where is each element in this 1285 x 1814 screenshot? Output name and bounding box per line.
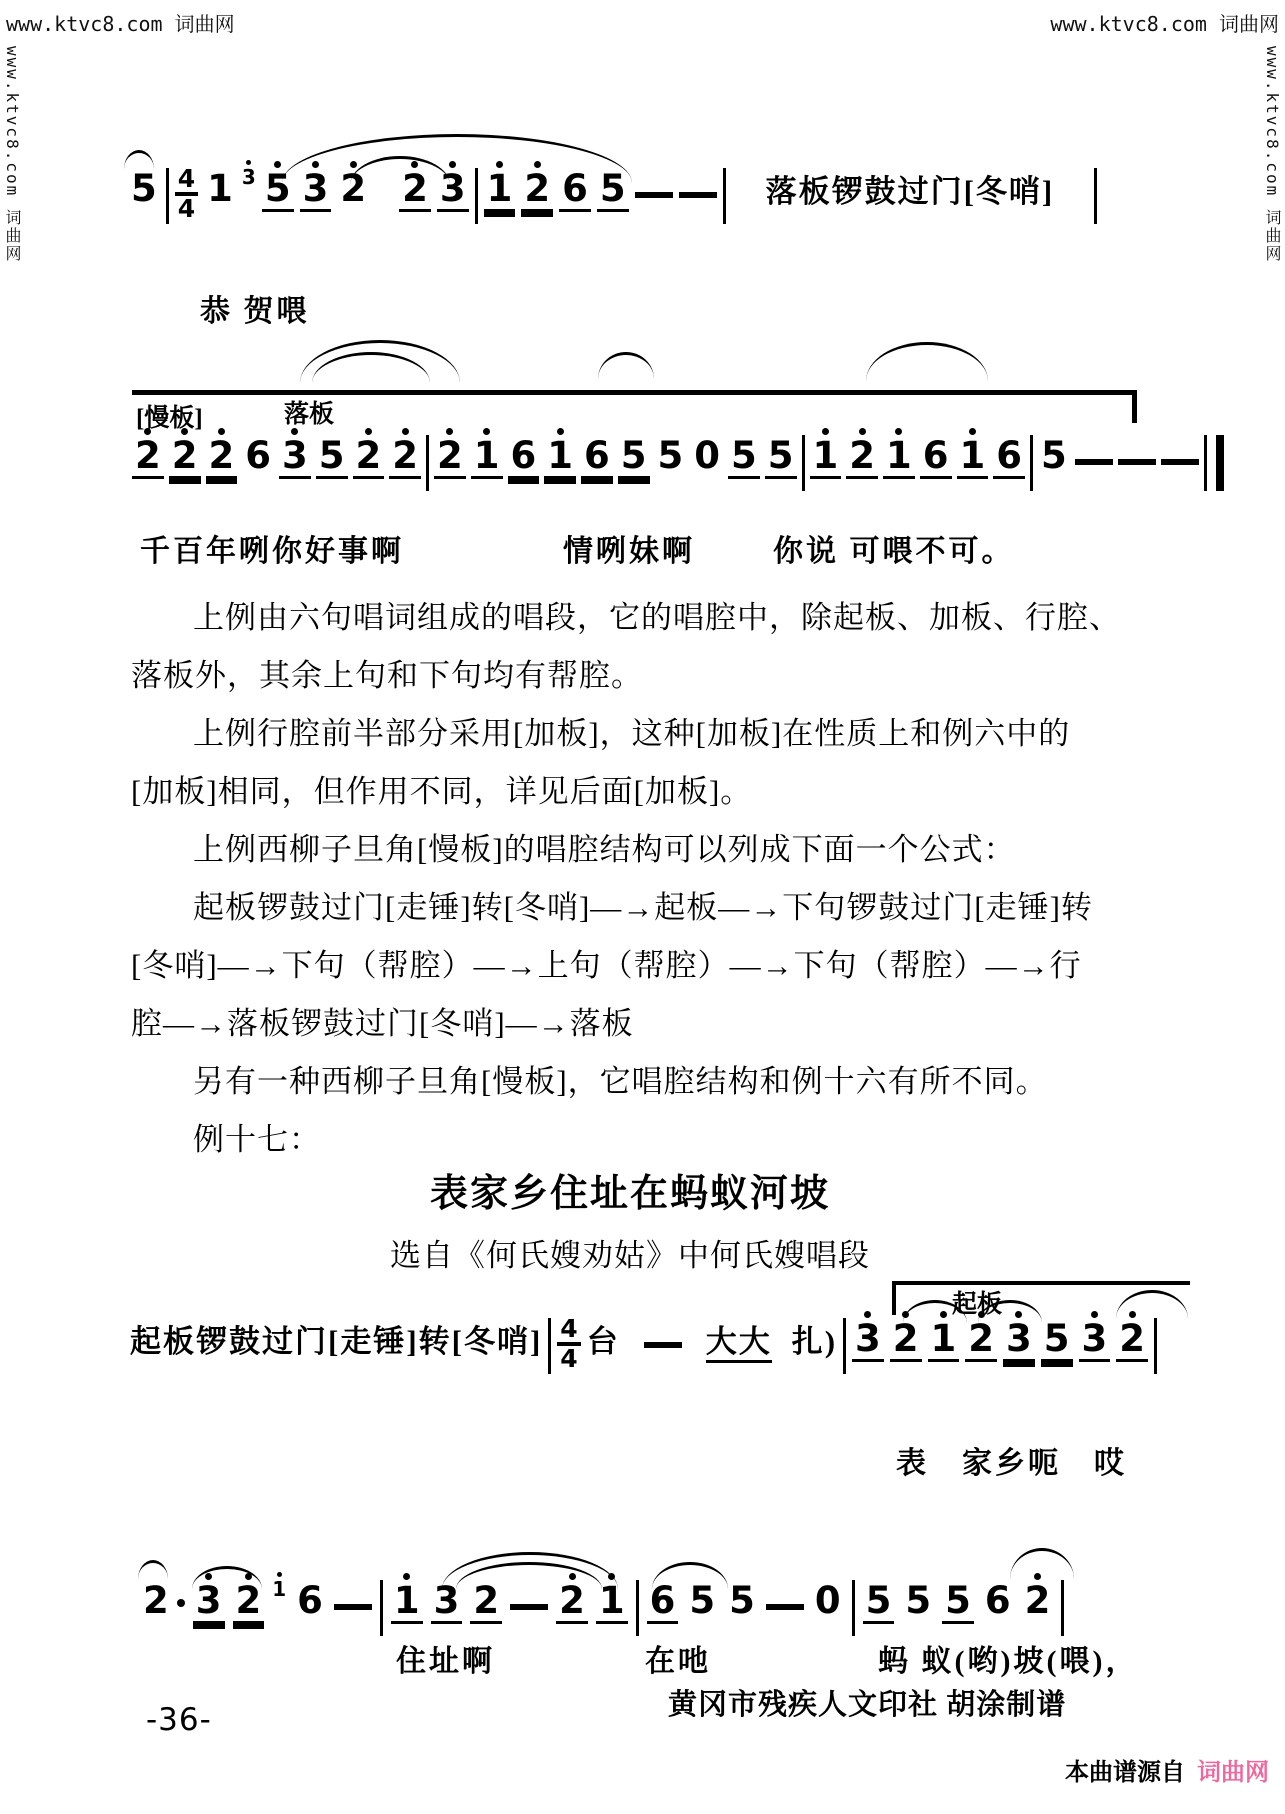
duration-dash bbox=[1118, 459, 1156, 465]
note: 6 bbox=[982, 1570, 1014, 1621]
note-body: 6 bbox=[294, 1582, 326, 1621]
duration-dash bbox=[644, 1342, 682, 1348]
text-line: 另有一种西柳子旦角[慢板]，它唱腔结构和例十六有所不同。 bbox=[131, 1049, 1171, 1107]
note-number: 3 bbox=[852, 1320, 884, 1359]
augmentation-dot bbox=[177, 1599, 185, 1607]
phrase-line bbox=[132, 390, 1137, 423]
note-number: 6 bbox=[294, 1582, 326, 1621]
note-body: 6 bbox=[982, 1582, 1014, 1621]
barline bbox=[426, 435, 429, 491]
score-text: 起板锣鼓过门[走锤]转[冬哨] bbox=[130, 1326, 542, 1357]
duration-dash bbox=[766, 1604, 804, 1610]
note: 5 bbox=[1038, 425, 1070, 476]
note-number: 5 bbox=[618, 437, 650, 476]
note: 5 bbox=[902, 1570, 934, 1621]
note-number: 1 bbox=[204, 170, 236, 209]
note-body: 3 bbox=[279, 437, 311, 476]
note-body: 6 bbox=[920, 437, 952, 476]
note-number: 0 bbox=[812, 1582, 844, 1621]
note-number: 5 bbox=[655, 437, 687, 476]
note-number: 6 bbox=[508, 437, 540, 476]
text-line: 上例西柳子旦角[慢板]的唱腔结构可以列成下面一个公式： bbox=[131, 817, 1171, 875]
watermark-left-edge: www.ktvc8.com 词曲网 bbox=[1, 46, 24, 263]
note-body: 2 bbox=[434, 437, 466, 476]
note-body: 1 bbox=[471, 437, 503, 476]
note-body: 5 bbox=[1041, 1320, 1073, 1359]
note-body: 1 bbox=[928, 1320, 960, 1359]
note-body: 2 bbox=[169, 437, 201, 476]
note-body: 3 bbox=[852, 1320, 884, 1359]
spacer bbox=[626, 1308, 638, 1309]
body-text: 上例由六句唱词组成的唱段，它的唱腔中，除起板、加板、行腔、落板外，其余上句和下句… bbox=[131, 585, 1171, 1165]
barline bbox=[166, 168, 169, 224]
note: 1 bbox=[471, 425, 503, 476]
time-signature: 44 bbox=[175, 166, 198, 223]
note: 1 bbox=[957, 425, 989, 476]
footer-source-prefix: 本曲谱源自 bbox=[1065, 1760, 1185, 1786]
note-number: 5 bbox=[1041, 1320, 1073, 1359]
note-number: 5 bbox=[1038, 437, 1070, 476]
note-body: 2 bbox=[389, 437, 421, 476]
note-body: 2 bbox=[140, 1582, 185, 1621]
barline bbox=[380, 1580, 383, 1636]
text-line: [冬哨]—→下句（帮腔）—→上句（帮腔）—→下句（帮腔）—→行 bbox=[131, 933, 1171, 991]
lyric-line-4c: 蚂 蚁(哟)坡(喂)， bbox=[878, 1636, 1138, 1680]
note-number: 2 bbox=[965, 1320, 997, 1359]
text-line: 上例由六句唱词组成的唱段，它的唱腔中，除起板、加板、行腔、 bbox=[131, 585, 1171, 643]
note-number: 3 bbox=[1079, 1320, 1111, 1359]
barline bbox=[802, 435, 805, 491]
time-signature-numerator: 4 bbox=[175, 166, 198, 196]
score-text-underlined: 大大 bbox=[706, 1326, 772, 1363]
grace-note-number: 1 bbox=[272, 1579, 286, 1599]
note: 2 bbox=[389, 425, 421, 476]
note-body: 2 bbox=[846, 437, 878, 476]
slur-arc bbox=[124, 150, 154, 169]
duration-dash bbox=[334, 1604, 372, 1610]
note: 1 bbox=[544, 425, 576, 476]
note-body: 3 bbox=[1079, 1320, 1111, 1359]
lyric-line-4b: 在吔 bbox=[645, 1636, 711, 1680]
text-line: [加板]相同，但作用不同，详见后面[加板]。 bbox=[131, 759, 1171, 817]
note-number: 2 bbox=[169, 437, 201, 476]
note-body: 6 bbox=[242, 437, 274, 476]
spacer bbox=[1060, 158, 1088, 159]
note-body: 2 bbox=[965, 1320, 997, 1359]
note-number: 5 bbox=[942, 1582, 974, 1621]
footer-brand-link[interactable]: 词曲网 bbox=[1197, 1760, 1269, 1786]
note: 3 bbox=[852, 1308, 884, 1359]
note-body: 2 bbox=[1116, 1320, 1148, 1359]
slur-arc bbox=[1010, 1548, 1074, 1579]
spacer bbox=[778, 1308, 786, 1309]
note-number: 6 bbox=[581, 437, 613, 476]
note-number: 5 bbox=[316, 437, 348, 476]
note-number: 1 bbox=[883, 437, 915, 476]
time-signature-denominator: 4 bbox=[175, 196, 198, 222]
note: 2 bbox=[434, 425, 466, 476]
barline bbox=[1030, 435, 1033, 491]
note-body: 0 bbox=[812, 1582, 844, 1621]
duration-dash bbox=[635, 192, 673, 198]
note-body: 0 bbox=[691, 437, 723, 476]
note-body: 1 bbox=[957, 437, 989, 476]
note-number: 1 bbox=[471, 437, 503, 476]
note-body: 5 bbox=[863, 1582, 895, 1621]
grace-note-number: 3 bbox=[242, 167, 256, 187]
note: 5 bbox=[316, 425, 348, 476]
note-number: 2 bbox=[206, 437, 238, 476]
note: 6 bbox=[242, 425, 274, 476]
note-number: 5 bbox=[128, 170, 160, 209]
note-body: 5 bbox=[765, 437, 797, 476]
note-number: 2 bbox=[434, 437, 466, 476]
note: 2 bbox=[132, 425, 164, 476]
time-signature-numerator: 4 bbox=[557, 1316, 580, 1346]
note: 6 bbox=[581, 425, 613, 476]
note-number: 2 bbox=[1022, 1582, 1054, 1621]
note-number: 6 bbox=[993, 437, 1025, 476]
note: 5 bbox=[728, 425, 760, 476]
text-line: 落板外，其余上句和下句均有帮腔。 bbox=[131, 643, 1171, 701]
note-body: 5 bbox=[726, 1582, 758, 1621]
note: 3 bbox=[279, 425, 311, 476]
slur-arc bbox=[652, 1562, 728, 1589]
score-text: 台 bbox=[587, 1326, 620, 1357]
text-line: 例十七： bbox=[131, 1107, 1171, 1165]
duration-dash bbox=[1075, 459, 1113, 465]
note: 5 bbox=[618, 425, 650, 476]
watermark-right-edge: www.ktvc8.com 词曲网 bbox=[1261, 46, 1284, 263]
note-body: 1 bbox=[544, 437, 576, 476]
note-body: 1 bbox=[810, 437, 842, 476]
note-body: 5 bbox=[316, 437, 348, 476]
lyric-line-4a: 住址啊 bbox=[396, 1636, 495, 1680]
final-barline bbox=[1204, 435, 1224, 491]
note: 1 bbox=[883, 425, 915, 476]
note-body: 2 bbox=[890, 1320, 922, 1359]
note: 5 bbox=[262, 158, 294, 209]
note-number: 6 bbox=[242, 437, 274, 476]
note: 1 bbox=[391, 1570, 423, 1621]
duration-dash bbox=[1161, 459, 1199, 465]
text-line: 腔—→落板锣鼓过门[冬哨]—→落板 bbox=[131, 991, 1171, 1049]
barline bbox=[852, 1580, 855, 1636]
slur-arc bbox=[282, 134, 632, 183]
spacer bbox=[732, 158, 760, 159]
watermark-top-right: www.ktvc8.com 词曲网 bbox=[1050, 8, 1279, 37]
note-body: 5 bbox=[128, 170, 160, 209]
note-body: 2 bbox=[353, 437, 385, 476]
note: 5 bbox=[765, 425, 797, 476]
watermark-top-left: www.ktvc8.com 词曲网 bbox=[6, 8, 235, 37]
note-number: 2 bbox=[389, 437, 421, 476]
lyric-line-3: 表 家乡呃 哎 bbox=[896, 1438, 1127, 1482]
song-subtitle: 选自《何氏嫂劝姑》中何氏嫂唱段 bbox=[180, 1230, 1080, 1275]
barline bbox=[1061, 1580, 1064, 1636]
note: 2 bbox=[353, 425, 385, 476]
duration-dash bbox=[679, 192, 717, 198]
note-number: 2 bbox=[132, 437, 164, 476]
song-title: 表家乡住址在蚂蚁河坡 bbox=[180, 1162, 1080, 1217]
note-number: 2 bbox=[846, 437, 878, 476]
note-number: 0 bbox=[691, 437, 723, 476]
note-number: 2 bbox=[140, 1582, 172, 1621]
note: 0 bbox=[691, 425, 723, 476]
note: 3 bbox=[1079, 1308, 1111, 1359]
grace-note: 1 bbox=[272, 1570, 286, 1599]
note: 6 bbox=[920, 425, 952, 476]
grace-note: 3 bbox=[242, 158, 256, 187]
note-body: 1 bbox=[204, 170, 236, 209]
note: 5 bbox=[726, 1570, 758, 1621]
note: 5 bbox=[1041, 1308, 1073, 1359]
note-number: 3 bbox=[279, 437, 311, 476]
slur-arc bbox=[866, 342, 988, 381]
note-number: 1 bbox=[810, 437, 842, 476]
barline bbox=[636, 1580, 639, 1636]
barline bbox=[843, 1318, 846, 1374]
slur-arc bbox=[138, 1560, 168, 1579]
note-body: 1 bbox=[883, 437, 915, 476]
time-signature-denominator: 4 bbox=[557, 1346, 580, 1372]
note-body: 2 bbox=[1022, 1582, 1054, 1621]
note-body: 5 bbox=[728, 437, 760, 476]
note: 1 bbox=[810, 425, 842, 476]
note: 2 bbox=[169, 425, 201, 476]
note-number: 5 bbox=[728, 437, 760, 476]
note-body: 5 bbox=[942, 1582, 974, 1621]
note-body: 6 bbox=[581, 437, 613, 476]
slur-arc bbox=[598, 352, 654, 379]
note: 5 bbox=[863, 1570, 895, 1621]
music-system-2: 2226352221616550551216165 bbox=[132, 425, 1224, 491]
text-line: 上例行腔前半部分采用[加板]，这种[加板]在性质上和例六中的 bbox=[131, 701, 1171, 759]
note-number: 5 bbox=[863, 1582, 895, 1621]
note-number: 1 bbox=[391, 1582, 423, 1621]
lyric-line-2b: 情咧妹啊 bbox=[563, 526, 695, 570]
note-body: 3 bbox=[1003, 1320, 1035, 1359]
note: 6 bbox=[993, 425, 1025, 476]
barline bbox=[723, 168, 726, 224]
note: 1 bbox=[204, 158, 236, 209]
duration-dash bbox=[510, 1604, 548, 1610]
barline bbox=[1154, 1318, 1157, 1374]
note-number: 2 bbox=[353, 437, 385, 476]
note-number: 1 bbox=[544, 437, 576, 476]
note: 2 bbox=[206, 425, 238, 476]
note: 5 bbox=[655, 425, 687, 476]
sheet-music-page: www.ktvc8.com 词曲网 www.ktvc8.com 词曲网 www.… bbox=[0, 0, 1285, 1814]
footer-source: 本曲谱源自词曲网 bbox=[1065, 1752, 1269, 1787]
note-number: 6 bbox=[982, 1582, 1014, 1621]
barline bbox=[548, 1318, 551, 1374]
note-number: 3 bbox=[1003, 1320, 1035, 1359]
note-body: 2 bbox=[206, 437, 238, 476]
note-body: 6 bbox=[508, 437, 540, 476]
note-body: 5 bbox=[902, 1582, 934, 1621]
note-body: 5 bbox=[618, 437, 650, 476]
page-number: -36- bbox=[146, 1702, 212, 1738]
note-number: 1 bbox=[928, 1320, 960, 1359]
note-number: 6 bbox=[920, 437, 952, 476]
note-number: 2 bbox=[1116, 1320, 1148, 1359]
text-line: 起板锣鼓过门[走锤]转[冬哨]—→起板—→下句锣鼓过门[走锤]转 bbox=[131, 875, 1171, 933]
note-number: 5 bbox=[902, 1582, 934, 1621]
note-number: 1 bbox=[957, 437, 989, 476]
barline bbox=[1094, 168, 1097, 224]
note: 6 bbox=[294, 1570, 326, 1621]
note: 0 bbox=[812, 1570, 844, 1621]
note: 5 bbox=[942, 1570, 974, 1621]
lyric-line-2c: 你说 可喂不可。 bbox=[773, 526, 1015, 570]
spacer bbox=[688, 1308, 700, 1309]
note: 2 bbox=[846, 425, 878, 476]
note-body: 1 bbox=[391, 1582, 423, 1621]
note-number: 2 bbox=[890, 1320, 922, 1359]
note: 6 bbox=[508, 425, 540, 476]
note-body: 5 bbox=[1038, 437, 1070, 476]
time-signature: 44 bbox=[557, 1316, 580, 1373]
score-text: 落板锣鼓过门[冬哨] bbox=[766, 176, 1055, 207]
score-text: 扎) bbox=[792, 1326, 837, 1357]
note-body: 6 bbox=[993, 437, 1025, 476]
note-number: 5 bbox=[726, 1582, 758, 1621]
note-number: 5 bbox=[765, 437, 797, 476]
note-body: 2 bbox=[132, 437, 164, 476]
note-body: 5 bbox=[655, 437, 687, 476]
lyric-line-1: 恭 贺喂 bbox=[200, 286, 310, 330]
arranger-credit: 黄冈市残疾人文印社 胡涂制谱 bbox=[668, 1682, 1066, 1723]
lyric-line-2a: 千百年咧你好事啊 bbox=[140, 526, 404, 570]
